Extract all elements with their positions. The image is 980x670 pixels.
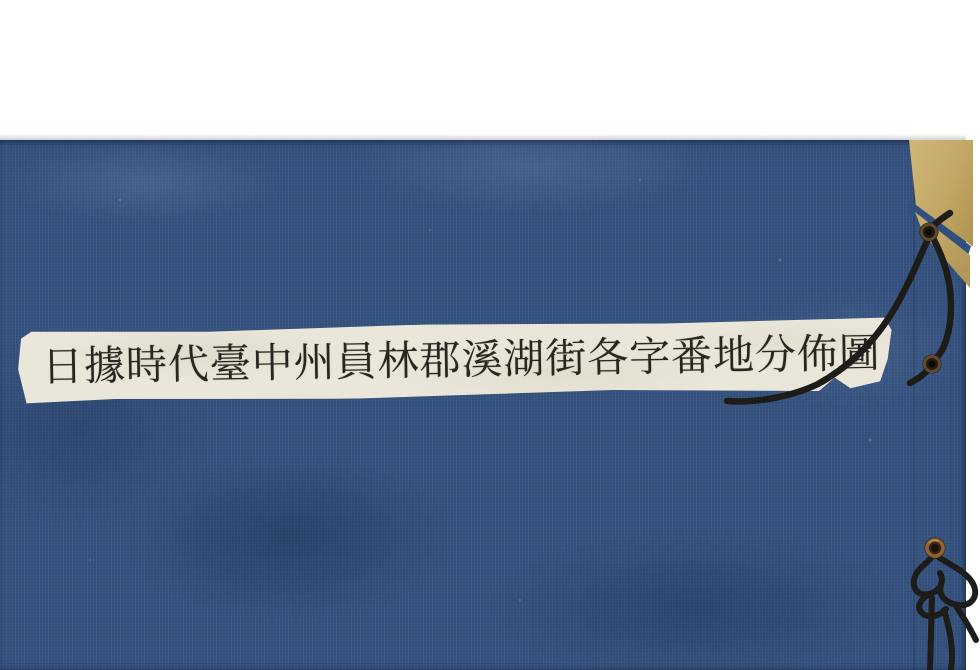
knot-tail-right — [956, 606, 976, 640]
grommet-middle-icon — [923, 355, 942, 374]
book-cover-photo: 日據時代臺中州員林郡溪湖街各字番地分佈圖 — [0, 0, 980, 670]
binding-cord-right-loop — [934, 240, 951, 359]
grommet-top-icon — [920, 223, 939, 242]
binding-cord-long-strand — [727, 239, 928, 401]
knot-tail-center — [944, 610, 952, 670]
binding-rig — [0, 0, 980, 670]
grommet-bottom-icon — [925, 538, 946, 559]
binding-cord-tail — [910, 371, 927, 383]
knot-tail-down — [930, 598, 932, 669]
